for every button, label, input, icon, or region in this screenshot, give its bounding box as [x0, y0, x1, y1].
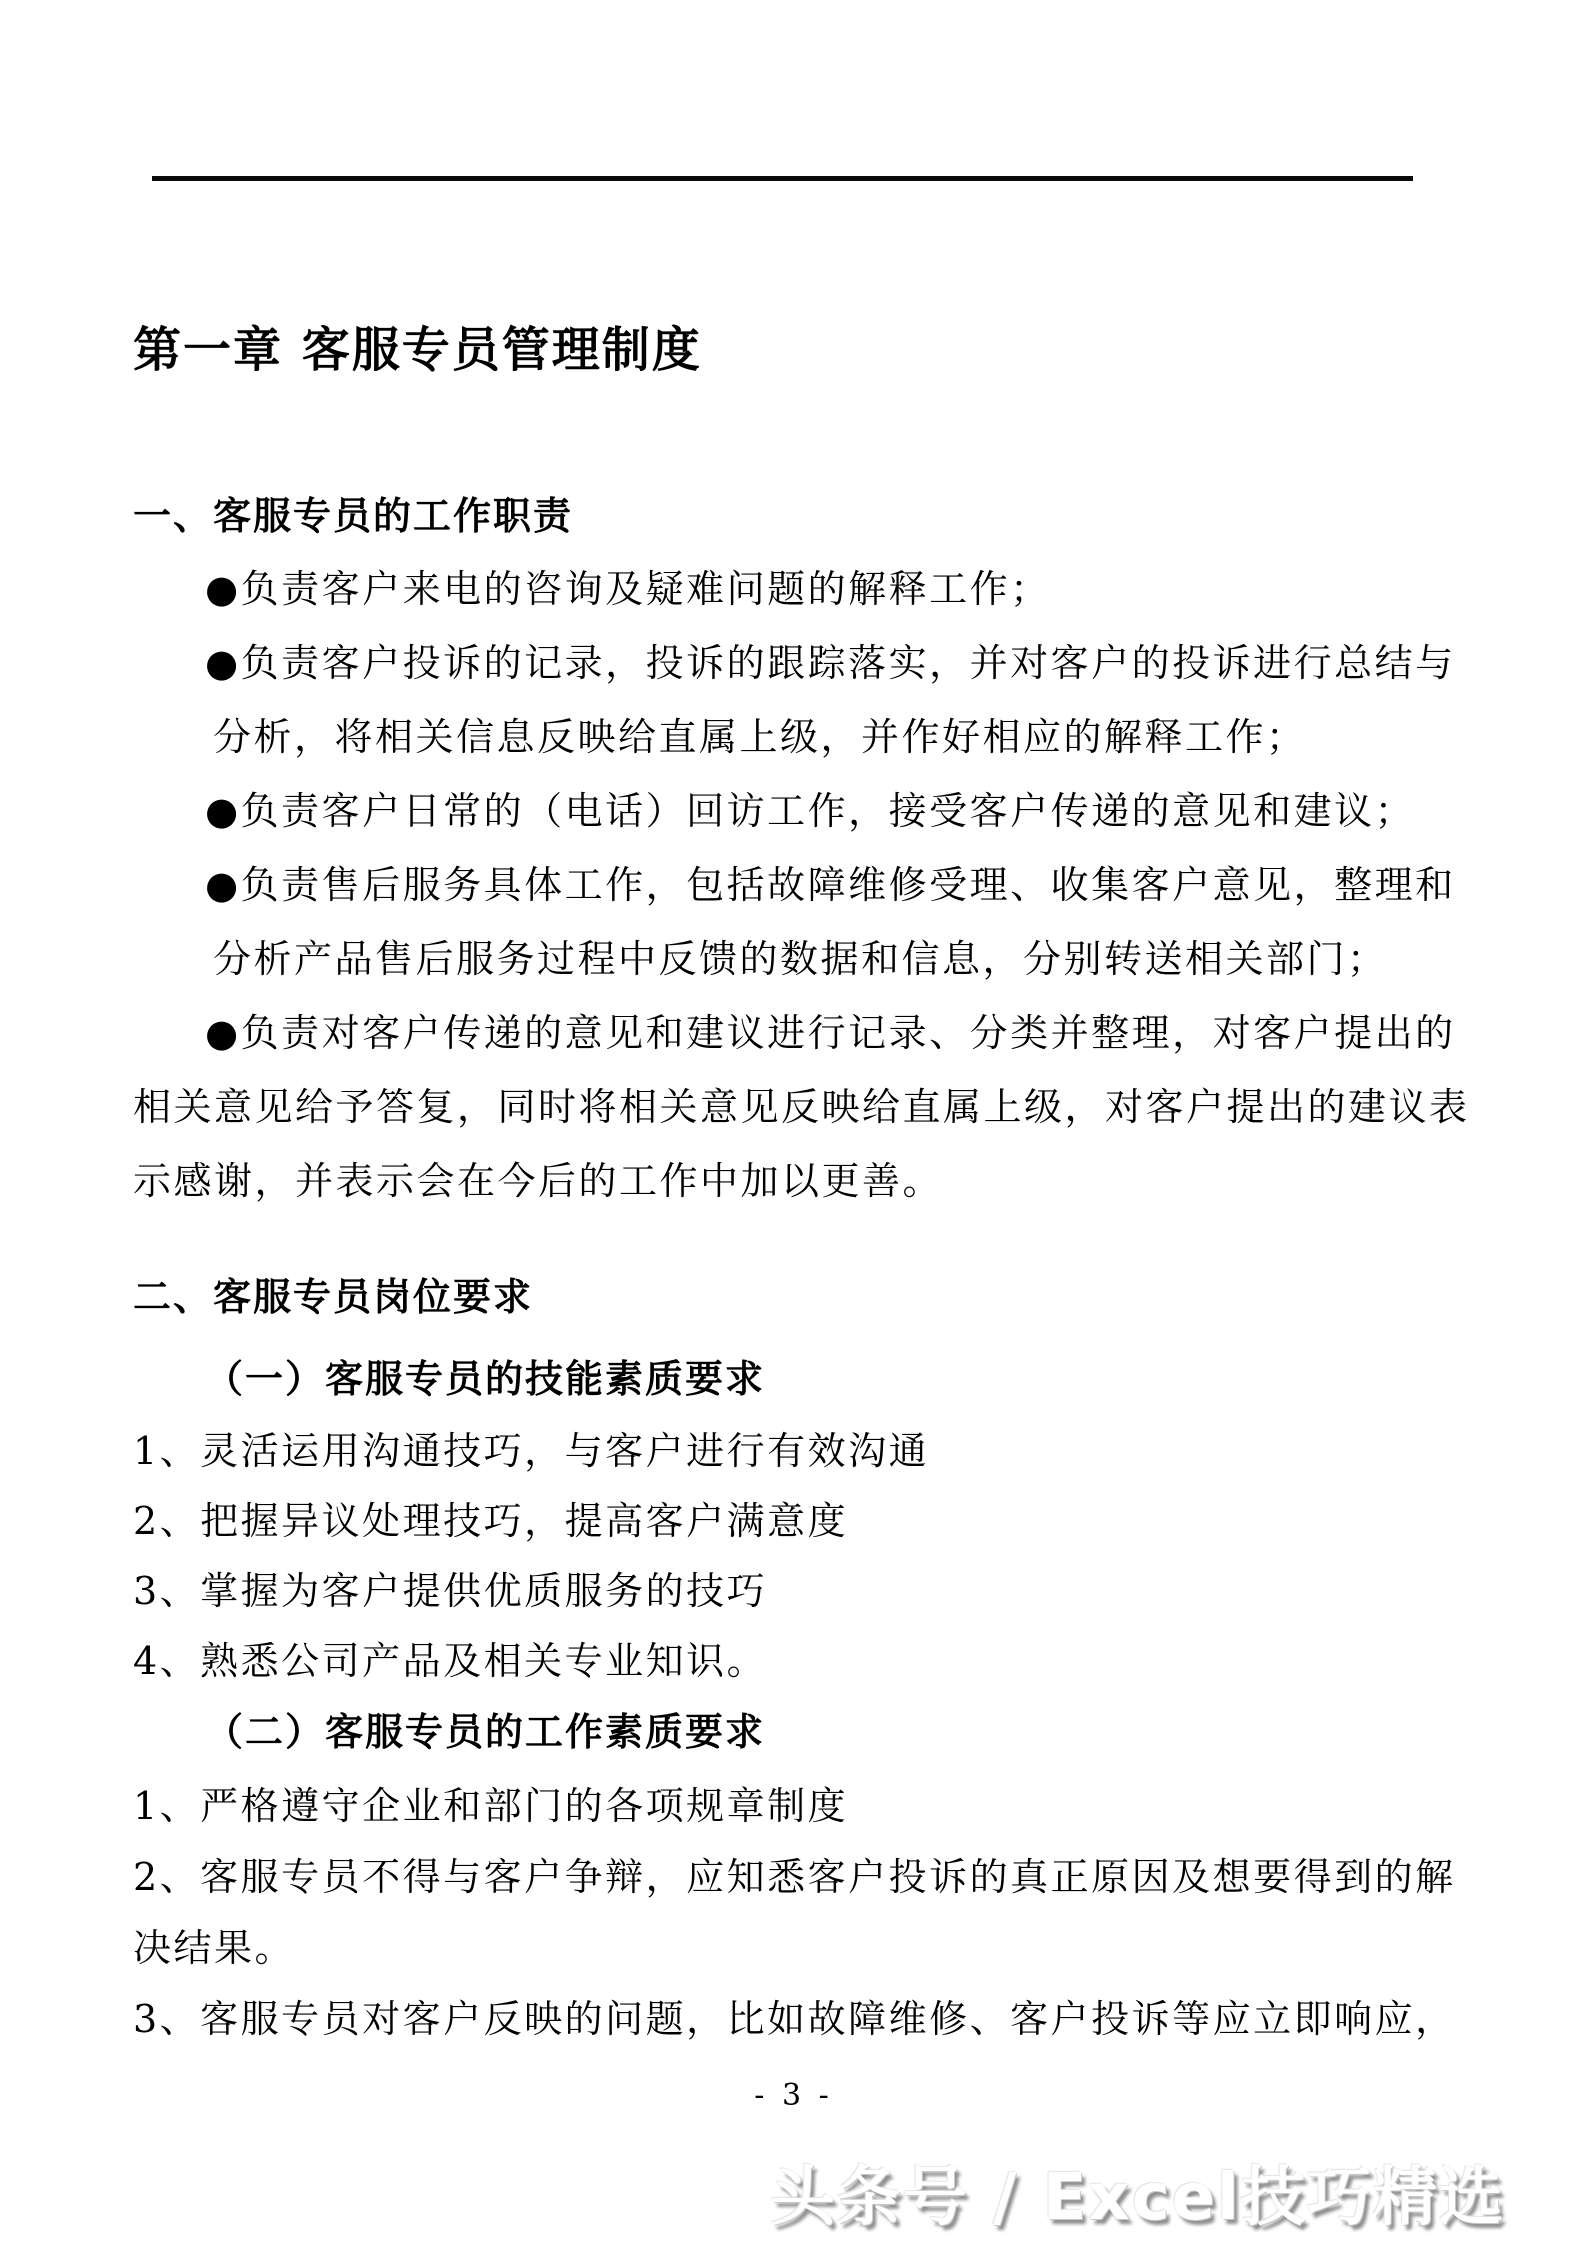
- duty-line: ●负责客户日常的（电话）回访工作，接受客户传递的意见和建议；: [133, 774, 1457, 848]
- section-heading-duties: 一、客服专员的工作职责: [133, 480, 1457, 552]
- duty-line: ●负责客户投诉的记录，投诉的跟踪落实，并对客户的投诉进行总结与: [133, 626, 1457, 700]
- chapter-title: 第一章 客服专员管理制度: [133, 0, 1457, 400]
- duty-line: 相关意见给予答复，同时将相关意见反映给直属上级，对客户提出的建议表: [133, 1070, 1457, 1144]
- duty-line: ●负责对客户传递的意见和建议进行记录、分类并整理，对客户提出的: [133, 996, 1457, 1070]
- watermark: 头条号 / Excel技巧精选: [771, 2146, 1505, 2238]
- duty-line: 分析，将相关信息反映给直属上级，并作好相应的解释工作；: [133, 700, 1457, 774]
- list-item: 决结果。: [133, 1913, 1457, 1984]
- duty-line: ●负责客户来电的咨询及疑难问题的解释工作；: [133, 552, 1457, 626]
- sub-heading-skill-requirements: （一）客服专员的技能素质要求: [133, 1343, 1457, 1415]
- page-number: - 3 -: [0, 2078, 1587, 2113]
- list-item: 2、把握异议处理技巧，提高客户满意度: [133, 1486, 1457, 1556]
- list-item: 3、掌握为客户提供优质服务的技巧: [133, 1556, 1457, 1626]
- duty-line: ●负责售后服务具体工作，包括故障维修受理、收集客户意见，整理和: [133, 848, 1457, 922]
- duty-line: 分析产品售后服务过程中反馈的数据和信息，分别转送相关部门；: [133, 922, 1457, 996]
- document-body: 第一章 客服专员管理制度 一、客服专员的工作职责 ●负责客户来电的咨询及疑难问题…: [133, 0, 1457, 2055]
- work-requirements-list: 1、严格遵守企业和部门的各项规章制度 2、客服专员不得与客户争辩，应知悉客户投诉…: [133, 1771, 1457, 2055]
- list-item: 4、熟悉公司产品及相关专业知识。: [133, 1626, 1457, 1696]
- duty-line: 示感谢，并表示会在今后的工作中加以更善。: [133, 1144, 1457, 1218]
- list-item: 2、客服专员不得与客户争辩，应知悉客户投诉的真正原因及想要得到的解: [133, 1842, 1457, 1913]
- sub-heading-work-requirements: （二）客服专员的工作素质要求: [133, 1696, 1457, 1768]
- list-item: 1、严格遵守企业和部门的各项规章制度: [133, 1771, 1457, 1842]
- list-item: 3、客服专员对客户反映的问题，比如故障维修、客户投诉等应立即响应，: [133, 1984, 1457, 2055]
- document-page: 第一章 客服专员管理制度 一、客服专员的工作职责 ●负责客户来电的咨询及疑难问题…: [0, 0, 1587, 2245]
- skill-requirements-list: 1、灵活运用沟通技巧，与客户进行有效沟通 2、把握异议处理技巧，提高客户满意度 …: [133, 1416, 1457, 1696]
- section-heading-requirements: 二、客服专员岗位要求: [133, 1261, 1457, 1333]
- list-item: 1、灵活运用沟通技巧，与客户进行有效沟通: [133, 1416, 1457, 1486]
